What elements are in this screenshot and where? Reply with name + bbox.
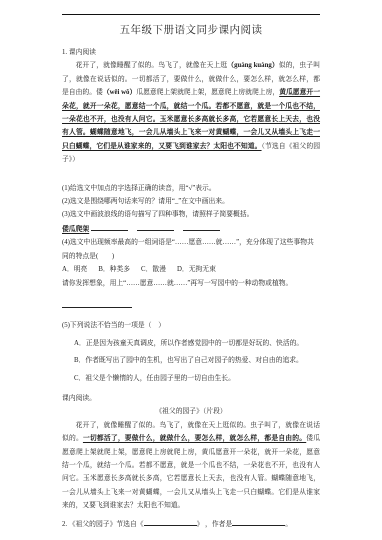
question-4-options: A．明亮B．种类多C．散漫D．无拘无束 <box>62 263 320 276</box>
question-5-option-b: B．作者既写出了园中的生机，也写出了自己对园子的热爱、对自由的追求。 <box>62 354 320 367</box>
question-3: (3)选文中画波浪线的语句描写了四种事物，请照样子简要概括。 <box>62 208 320 221</box>
document-page: 五年级下册语文同步课内阅读 1. 课内阅读 花开了，就像睡醒了似的。鸟飞了，就像… <box>62 14 320 531</box>
answer-blank-3[interactable] <box>183 222 220 231</box>
fill-in-prefix: 2. 《祖父的园子》节选自《 <box>62 521 144 528</box>
question-2: (2)选文是围绕哪两句话来写的？请用“_”在文中画出来。 <box>62 195 320 208</box>
passage1-intro: 花开了，就像睡醒了似的。鸟飞了，就像在天上逛 <box>76 62 228 69</box>
answer-blank-5[interactable] <box>144 517 197 526</box>
passage1-mid2: 瓜愿意爬上架就爬上架，愿意爬上房就爬上房， <box>136 89 279 96</box>
passage-1: 花开了，就像睡醒了似的。鸟飞了，就像在天上逛（guàng kuàng）似的，虫子… <box>62 59 320 166</box>
fill-in-question: 2. 《祖父的园子》节选自《》 ，作者是。 <box>62 517 320 531</box>
question-5: (5)下列说法不恰当的一项是（ ） <box>62 319 320 332</box>
followup-answer-row <box>62 299 320 313</box>
passage1-pinyin-guang: （guàng kuàng） <box>227 62 279 69</box>
question-1: (1)给选文中加点的字选择正确的读音，用“√”表示。 <box>62 182 320 195</box>
question-5-option-c: C．祖父是个懒惰的人，任由园子里的一切自由生长。 <box>62 372 320 385</box>
title-divider <box>62 14 320 15</box>
passage1-underlined-span: 黄瓜愿意开一朵花，就开一朵花，愿意结一个瓜，就结一个瓜。若都不愿意，就是一个瓜也… <box>62 89 320 150</box>
question-3-answer-row: 倭瓜爬架 <box>62 222 320 236</box>
option-a: A．明亮 <box>62 266 87 273</box>
section1-heading: 1. 课内阅读 <box>62 46 320 59</box>
section2-heading: 课内阅读。 <box>62 392 320 405</box>
passage-2: 花开了，就像睡醒了似的。鸟飞了，就像在天上逛似的。虫子叫了，就像在说话似的。一切… <box>62 419 320 513</box>
passage2-underlined-span: 一切都活了，要做什么，就做什么，要怎么样，就怎么样，都是自由的。 <box>83 435 306 442</box>
question-4-followup: 请你发挥想象，用上“……愿意……就……”再写一写园中的一种动物或植物。 <box>62 277 320 290</box>
passage-2-title: 《祖父的园子》（片段） <box>62 405 320 418</box>
page-title: 五年级下册语文同步课内阅读 <box>62 22 320 37</box>
answer-blank-6[interactable] <box>232 517 285 526</box>
document-viewport: { "colors": { "background": "#ffffff", "… <box>0 0 382 540</box>
passage2-rest: 倭瓜愿意爬上架就爬上架，愿意爬上房就爬上房，黄瓜愿意开一朵花，就开一朵花，愿意结… <box>62 435 320 509</box>
passage1-pinyin-wo: （wēi wǒ） <box>103 89 136 96</box>
option-d: D．无拘无束 <box>177 266 216 273</box>
answer-blank-1[interactable] <box>91 222 128 231</box>
fill-in-suffix: 。 <box>285 521 292 528</box>
option-b: B．种类多 <box>98 266 130 273</box>
question-4: (4)选文中出现频率最高的一组词语是“……愿意……就……”，充分体现了这些事物共… <box>62 236 320 263</box>
option-c: C．散漫 <box>141 266 166 273</box>
fill-in-mid: 》 ，作者是 <box>197 521 233 528</box>
question-3-example: 倭瓜爬架 <box>62 226 89 233</box>
answer-blank-4[interactable] <box>62 299 132 308</box>
question-5-option-a: A．正是因为孩童天真调皮，所以作者感觉园中的一切都是好玩的、快活的。 <box>62 337 320 350</box>
answer-blank-2[interactable] <box>137 222 174 231</box>
